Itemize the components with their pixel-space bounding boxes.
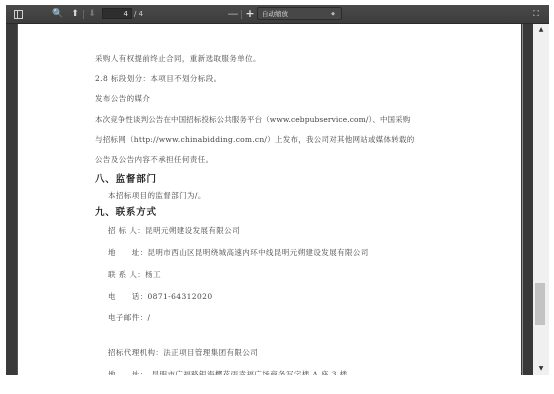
- scroll-up-button[interactable]: ▲: [533, 24, 549, 36]
- contact-address: 地 址：昆明市西山区昆明绕城高速内环中线昆明元朔建设发展有限公司: [108, 248, 369, 258]
- fullscreen-icon: ⛶: [533, 9, 539, 18]
- zoom-level-value: 自动缩放: [262, 10, 288, 18]
- scrollbar-thumb[interactable]: [535, 283, 545, 325]
- agency-name: 招标代理机构：法正项目管理集团有限公司: [108, 348, 258, 358]
- arrow-up-icon: ⬆: [71, 9, 79, 19]
- toolbar-separator: [83, 10, 84, 19]
- arrow-down-icon: ⬇: [88, 9, 96, 19]
- search-icon: 🔍: [52, 9, 63, 19]
- scroll-down-button[interactable]: ▼: [533, 363, 549, 375]
- contact-tenderer: 招 标 人：昆明元朔建设发展有限公司: [108, 226, 240, 236]
- doc-line: 与招标网（http://www.chinabidding.com.cn/）上发布…: [95, 135, 414, 145]
- minus-icon: —: [228, 7, 239, 20]
- viewer-gutter: [522, 24, 533, 375]
- section-heading-supervision: 八、监督部门: [95, 174, 157, 186]
- plus-icon: +: [245, 7, 254, 20]
- pdf-viewer: 🔍 ⬆ ⬇ 4 / 4 — + 自动缩放 ◆ ⛶ 采购人有权提前终止合同，重新选…: [6, 5, 549, 375]
- sidebar-toggle-icon: [14, 10, 23, 19]
- zoom-in-button[interactable]: +: [244, 8, 256, 20]
- doc-line: 采购人有权提前终止合同，重新选取服务单位。: [95, 54, 261, 64]
- toolbar: 🔍 ⬆ ⬇ 4 / 4 — + 自动缩放 ◆ ⛶: [6, 5, 549, 24]
- previous-page-button[interactable]: ⬆: [69, 8, 81, 20]
- toolbar-separator: [241, 10, 242, 19]
- next-page-button[interactable]: ⬇: [86, 8, 98, 20]
- doc-line: 发布公告的媒介: [95, 94, 150, 104]
- zoom-out-button[interactable]: —: [227, 8, 239, 20]
- triangle-up-icon: ▲: [539, 26, 544, 33]
- contact-email: 电子邮件：/: [108, 313, 150, 323]
- presentation-mode-button[interactable]: ⛶: [530, 8, 542, 20]
- page-number-input[interactable]: 4: [102, 8, 132, 19]
- agency-address: 地 址： 昆明市广福路银海樱花雨幸福广场商务写字楼 A 座 3 楼: [108, 370, 348, 375]
- find-button[interactable]: 🔍: [52, 8, 64, 20]
- page-total-label: / 4: [134, 8, 143, 20]
- vertical-scrollbar[interactable]: ▲ ▼: [533, 24, 549, 375]
- section-heading-contact: 九、联系方式: [95, 207, 157, 219]
- dropdown-arrow-icon: ◆: [331, 8, 335, 21]
- triangle-down-icon: ▼: [539, 365, 544, 372]
- contact-person: 联 系 人：杨工: [108, 270, 161, 280]
- zoom-level-select[interactable]: 自动缩放 ◆: [257, 7, 342, 20]
- doc-line: 2.8 标段划分：本项目不划分标段。: [95, 74, 222, 84]
- sidebar-toggle-button[interactable]: [12, 8, 24, 20]
- doc-line: 公告及公告内容不承担任何责任。: [95, 155, 214, 165]
- document-page: 采购人有权提前终止合同，重新选取服务单位。 2.8 标段划分：本项目不划分标段。…: [17, 24, 521, 375]
- doc-line: 本次竞争性谈判公告在中国招标投标公共服务平台（www.cebpubservice…: [95, 115, 410, 125]
- contact-phone: 电 话：0871-64312020: [108, 292, 213, 302]
- doc-line: 本招标项目的监督部门为/。: [108, 191, 206, 201]
